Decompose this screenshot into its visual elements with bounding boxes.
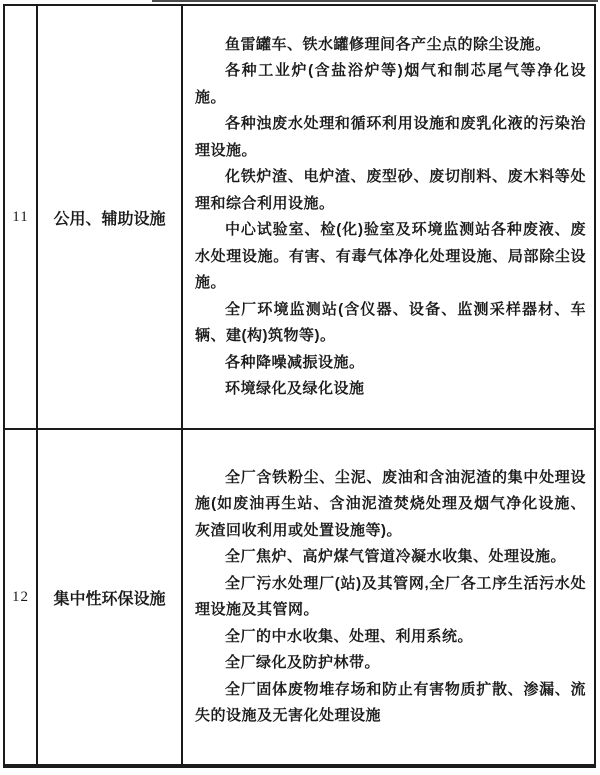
category-cell: 公用、辅助设施	[38, 6, 183, 428]
category-label: 公用、辅助设施	[53, 206, 165, 229]
content-paragraph: 全厂的中水收集、处理、利用系统。	[195, 624, 586, 651]
document-page: 11 公用、辅助设施 鱼雷罐车、铁水罐修理间各产尘点的除尘设施。 各种工业炉(含…	[0, 0, 600, 775]
content-paragraph: 中心试验室、检(化)验室及环境监测站各种废液、废水处理设施。有害、有毒气体净化处…	[195, 217, 586, 297]
category-label: 集中性环保设施	[53, 586, 165, 609]
facilities-table: 11 公用、辅助设施 鱼雷罐车、铁水罐修理间各产尘点的除尘设施。 各种工业炉(含…	[3, 4, 596, 768]
content-paragraph: 全厂污水处理厂(站)及其管网,全厂各工序生活污水处理设施及其管网。	[195, 571, 586, 624]
content-cell: 全厂含铁粉尘、尘泥、废油和含油泥渣的集中处理设施(如废油再生站、含油泥渣焚烧处理…	[183, 430, 594, 764]
content-paragraph: 全厂含铁粉尘、尘泥、废油和含油泥渣的集中处理设施(如废油再生站、含油泥渣焚烧处理…	[195, 465, 586, 545]
category-cell: 集中性环保设施	[38, 430, 183, 764]
content-paragraph: 化铁炉渣、电炉渣、废型砂、废切削料、废木料等处理和综合利用设施。	[195, 164, 586, 217]
content-paragraph: 全厂固体废物堆存场和防止有害物质扩散、渗漏、流失的设施及无害化处理设施	[195, 677, 586, 730]
table-row: 11 公用、辅助设施 鱼雷罐车、铁水罐修理间各产尘点的除尘设施。 各种工业炉(含…	[5, 6, 594, 428]
content-cell: 鱼雷罐车、铁水罐修理间各产尘点的除尘设施。 各种工业炉(含盐浴炉等)烟气和制芯尾…	[183, 6, 594, 428]
content-paragraph: 全厂焦炉、高炉煤气管道冷凝水收集、处理设施。	[195, 544, 586, 571]
content-paragraph: 环境绿化及绿化设施	[195, 376, 586, 403]
content-paragraph: 各种降噪减振设施。	[195, 350, 586, 377]
content-paragraph: 各种浊废水处理和循环利用设施和废乳化液的污染治理设施。	[195, 111, 586, 164]
row-number-cell: 11	[5, 6, 38, 428]
row-number: 12	[12, 589, 29, 606]
row-number-cell: 12	[5, 430, 38, 764]
content-paragraph: 全厂绿化及防护林带。	[195, 650, 586, 677]
table-row: 12 集中性环保设施 全厂含铁粉尘、尘泥、废油和含油泥渣的集中处理设施(如废油再…	[5, 428, 594, 764]
content-paragraph: 各种工业炉(含盐浴炉等)烟气和制芯尾气等净化设施。	[195, 58, 586, 111]
content-paragraph: 全厂环境监测站(含仪器、设备、监测采样器材、车辆、建(构)筑物等)。	[195, 297, 586, 350]
scan-artifact-line	[152, 0, 598, 2]
row-number: 11	[12, 209, 28, 226]
content-paragraph: 鱼雷罐车、铁水罐修理间各产尘点的除尘设施。	[195, 32, 586, 59]
